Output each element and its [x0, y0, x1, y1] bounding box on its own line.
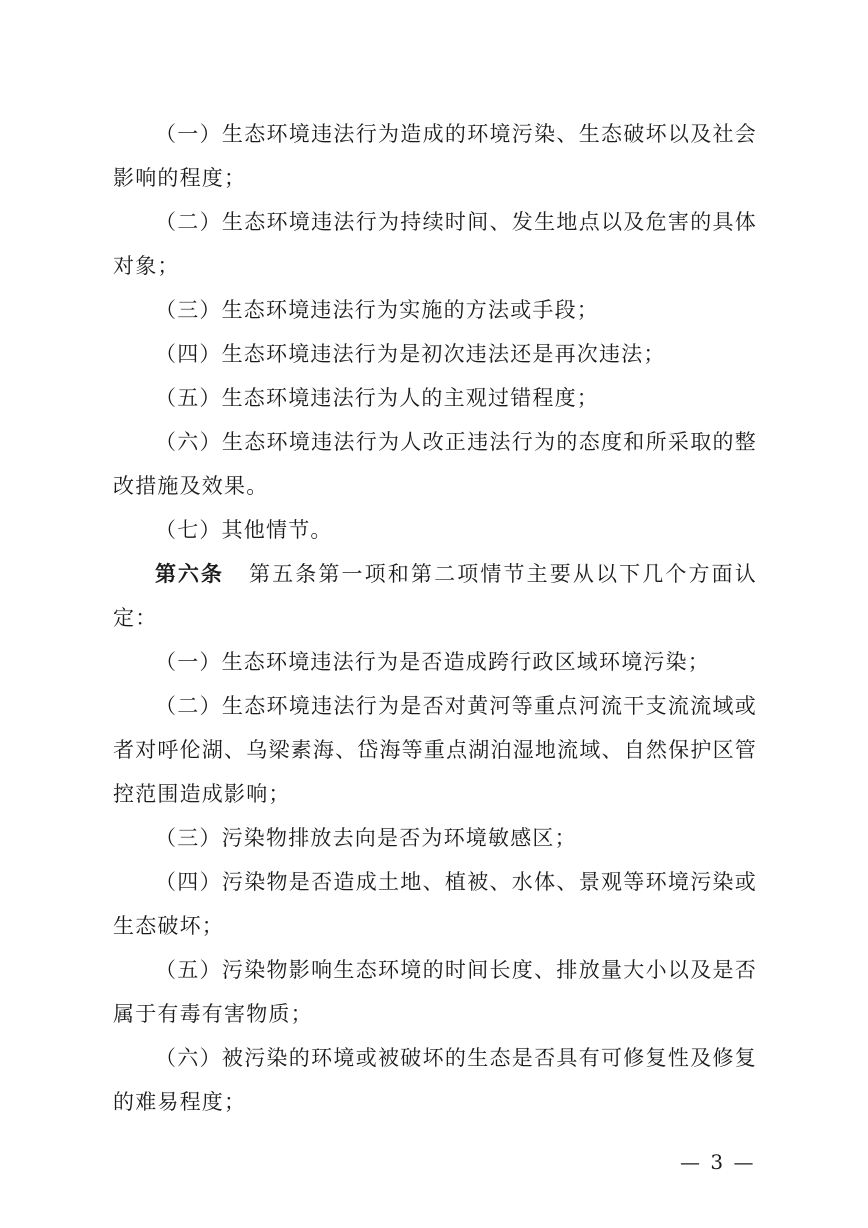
- article-6-paragraph: 第六条第五条第一项和第二项情节主要从以下几个方面认定：: [113, 552, 757, 640]
- paragraph-item-3: （三）生态环境违法行为实施的方法或手段；: [113, 288, 757, 332]
- paragraph-item-4: （四）生态环境违法行为是初次违法还是再次违法；: [113, 332, 757, 376]
- article-6-title: 第六条: [155, 562, 224, 586]
- article-6-item-5: （五）污染物影响生态环境的时间长度、排放量大小以及是否属于有毒有害物质；: [113, 948, 757, 1036]
- paragraph-item-6: （六）生态环境违法行为人改正违法行为的态度和所采取的整改措施及效果。: [113, 420, 757, 508]
- article-6-item-2: （二）生态环境违法行为是否对黄河等重点河流干支流流域或者对呼伦湖、乌梁素海、岱海…: [113, 684, 757, 816]
- page-number: — 3 —: [680, 1150, 755, 1174]
- article-6-item-4: （四）污染物是否造成土地、植被、水体、景观等环境污染或生态破坏；: [113, 860, 757, 948]
- article-6-item-6: （六）被污染的环境或被破坏的生态是否具有可修复性及修复的难易程度；: [113, 1036, 757, 1124]
- article-6-item-1: （一）生态环境违法行为是否造成跨行政区域环境污染；: [113, 640, 757, 684]
- paragraph-item-5: （五）生态环境违法行为人的主观过错程度；: [113, 376, 757, 420]
- paragraph-item-2: （二）生态环境违法行为持续时间、发生地点以及危害的具体对象；: [113, 200, 757, 288]
- paragraph-item-1: （一）生态环境违法行为造成的环境污染、生态破坏以及社会影响的程度；: [113, 112, 757, 200]
- document-body: （一）生态环境违法行为造成的环境污染、生态破坏以及社会影响的程度； （二）生态环…: [113, 112, 757, 1124]
- article-6-item-3: （三）污染物排放去向是否为环境敏感区；: [113, 816, 757, 860]
- paragraph-item-7: （七）其他情节。: [113, 508, 757, 552]
